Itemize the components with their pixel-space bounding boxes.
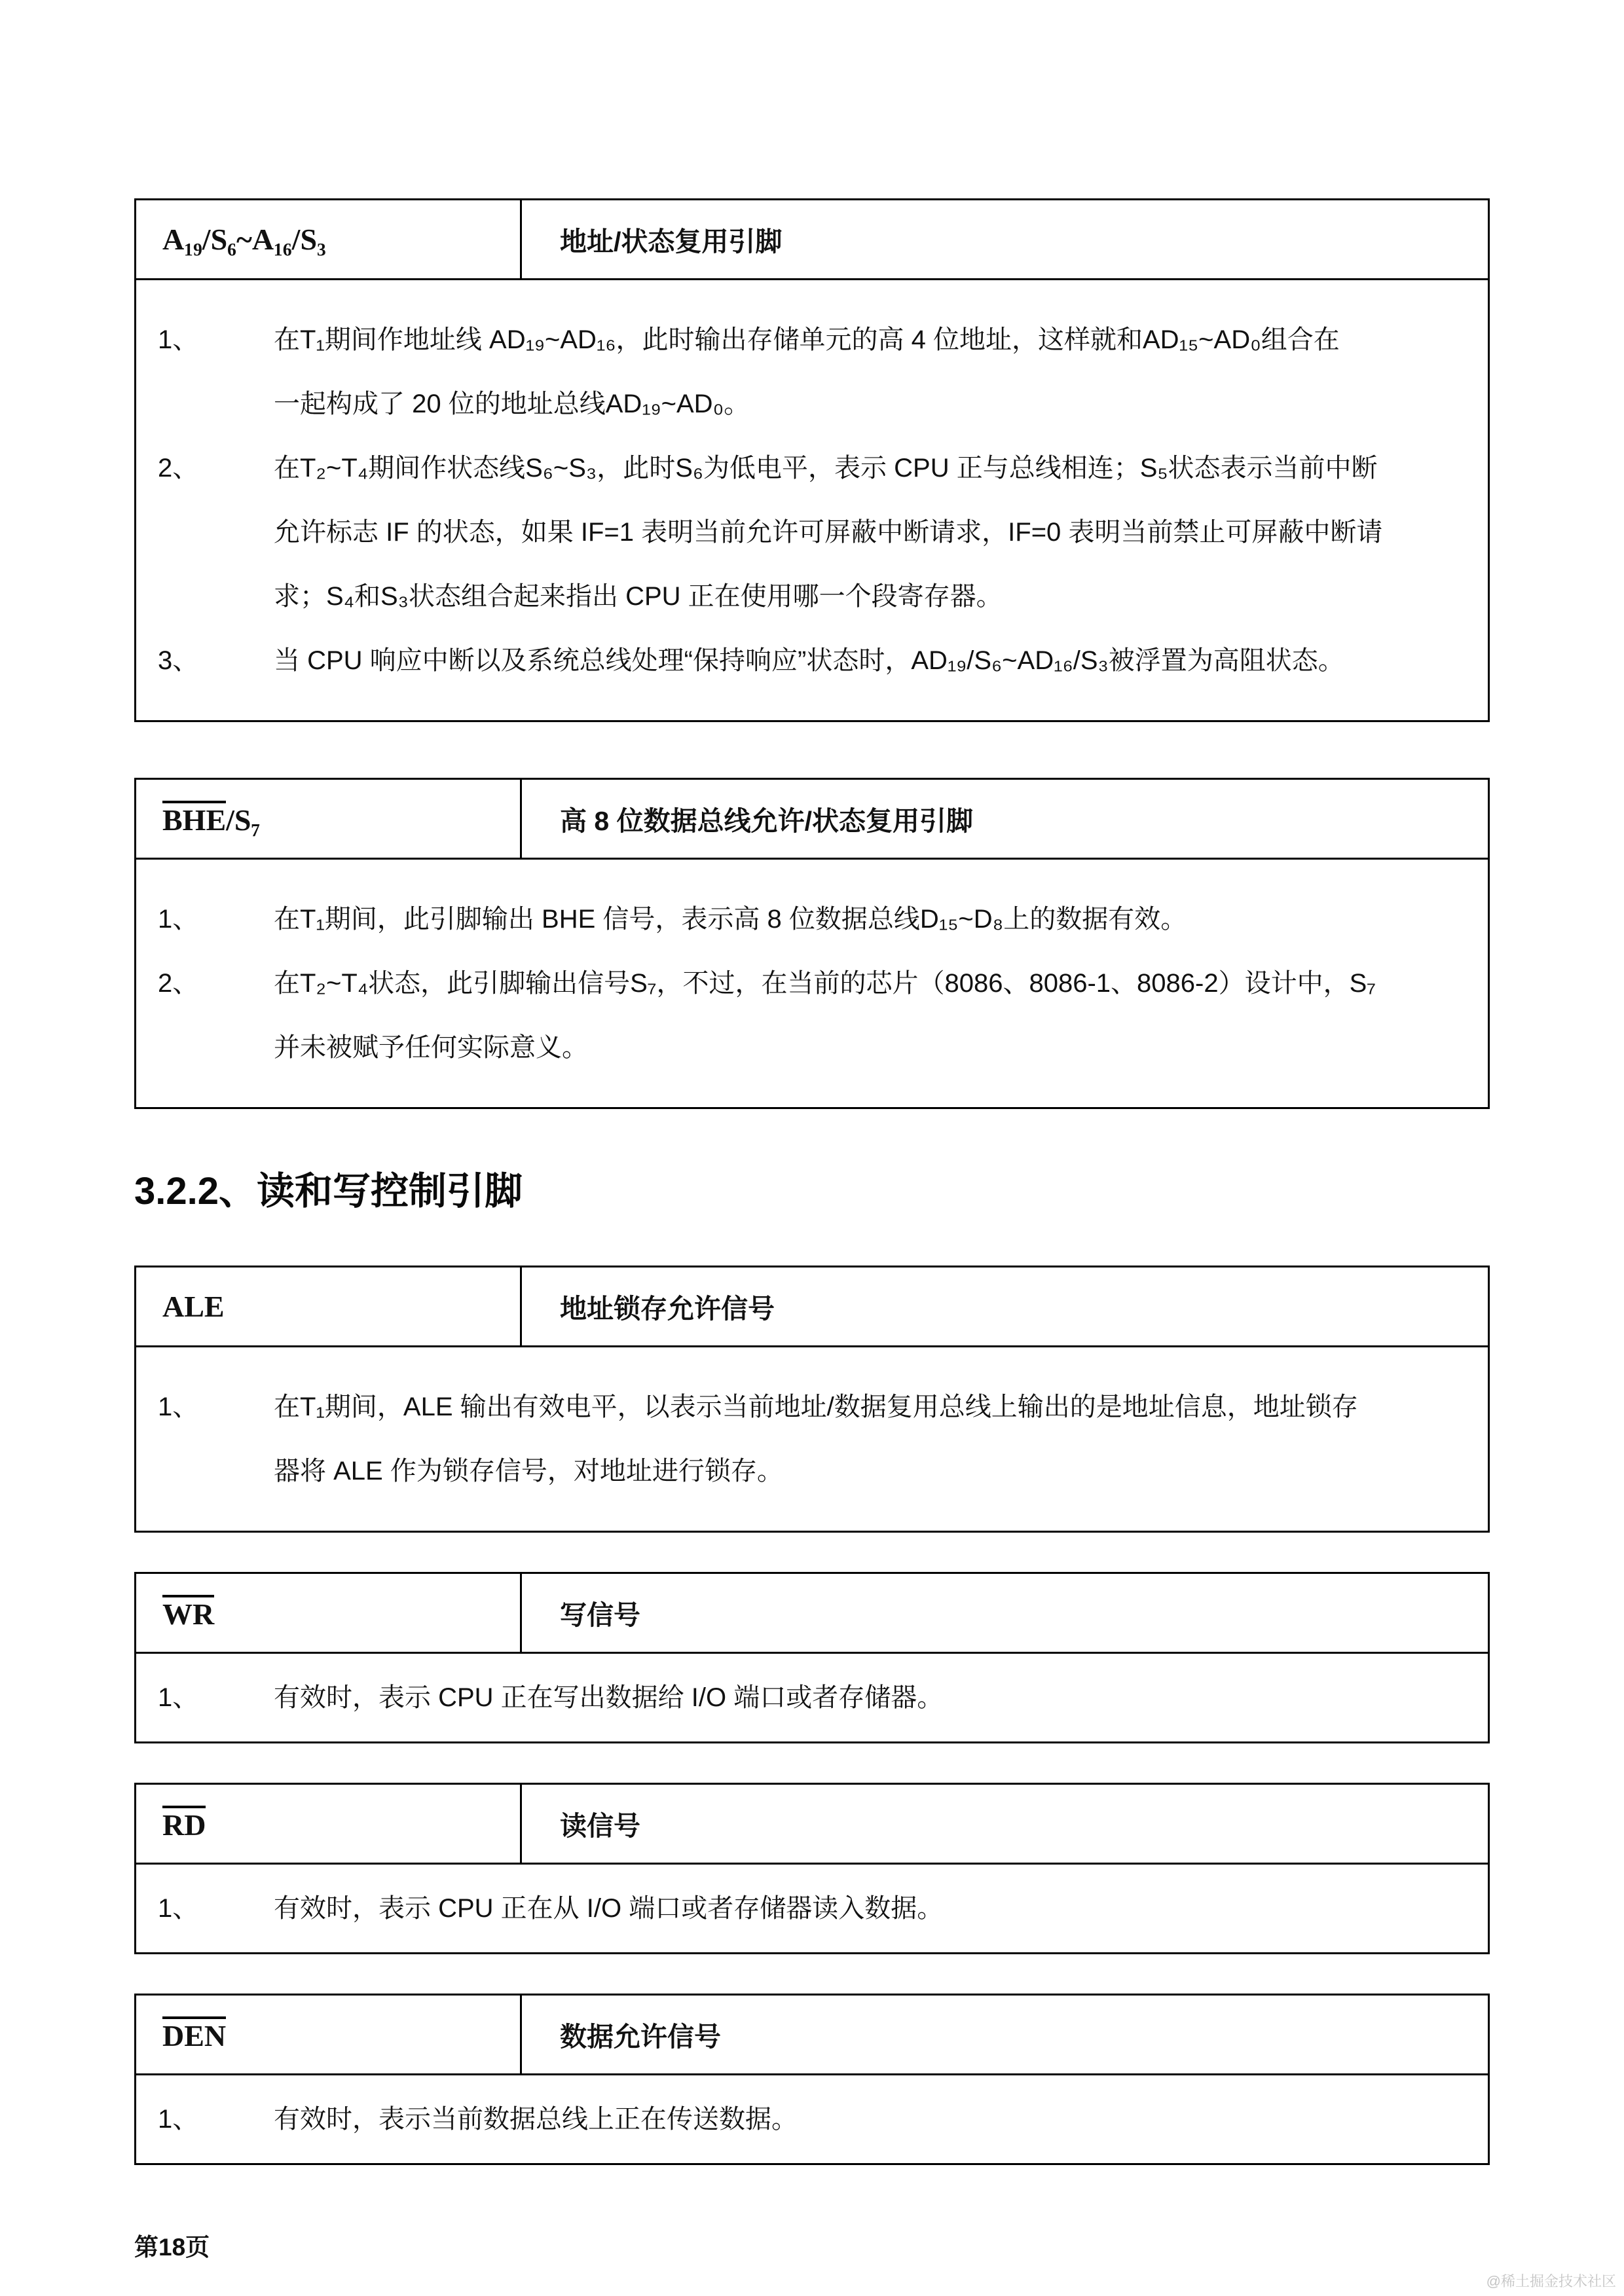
section-heading: 3.2.2、读和写控制引脚 [134, 1165, 1490, 1218]
page-content: A₁₉/S₆~A₁₆/S₃ 地址/状态复用引脚 1、在T₁期间作地址线 AD₁₉… [134, 0, 1490, 2263]
item-number: 1、 [158, 1666, 274, 1730]
pin-table-body-cell: 1、有效时，表示 CPU 正在写出数据给 I/O 端口或者存储器。 [136, 1653, 1489, 1743]
pin-tables-section-bottom: ALE 地址锁存允许信号 1、在T₁期间，ALE 输出有效电平，以表示当前地址/… [134, 1266, 1490, 2165]
pin-description-item: 2、在T₂~T₄期间作状态线S₆~S₃，此时S₆为低电平，表示 CPU 正与总线… [158, 436, 1462, 629]
pin-table: ALE 地址锁存允许信号 1、在T₁期间，ALE 输出有效电平，以表示当前地址/… [134, 1266, 1490, 1533]
pin-name-cell: DEN [136, 1995, 521, 2075]
pin-title: 地址锁存允许信号 [521, 1267, 1489, 1347]
pin-description-item: 2、在T₂~T₄状态，此引脚输出信号S₇，不过，在当前的芯片（8086、8086… [158, 951, 1462, 1080]
pin-name: A₁₉/S₆~A₁₆/S₃ [162, 223, 326, 256]
item-number: 2、 [158, 436, 274, 500]
pin-name-cell: WR [136, 1573, 521, 1653]
pin-description-item: 1、有效时，表示当前数据总线上正在传送数据。 [158, 2087, 1462, 2151]
item-text: 在T₁期间，此引脚输出 BHE 信号，表示高 8 位数据总线D₁₅~D₈上的数据… [274, 887, 1462, 951]
pin-table-body-row: 1、在T₁期间作地址线 AD₁₉~AD₁₆，此时输出存储单元的高 4 位地址，这… [136, 280, 1489, 721]
pin-name-cell: A₁₉/S₆~A₁₆/S₃ [136, 200, 521, 280]
item-number: 1、 [158, 1876, 274, 1941]
pin-title: 高 8 位数据总线允许/状态复用引脚 [521, 779, 1489, 859]
pin-table: DEN 数据允许信号 1、有效时，表示当前数据总线上正在传送数据。 [134, 1994, 1490, 2165]
pin-title: 读信号 [521, 1784, 1489, 1864]
item-text: 在T₁期间作地址线 AD₁₉~AD₁₆，此时输出存储单元的高 4 位地址，这样就… [274, 308, 1462, 436]
pin-tables-section-top: A₁₉/S₆~A₁₆/S₃ 地址/状态复用引脚 1、在T₁期间作地址线 AD₁₉… [134, 198, 1490, 1109]
pin-name-overlined: RD [162, 1806, 206, 1840]
pin-title: 地址/状态复用引脚 [521, 200, 1489, 280]
item-text: 在T₂~T₄期间作状态线S₆~S₃，此时S₆为低电平，表示 CPU 正与总线相连… [274, 436, 1462, 629]
pin-description-item: 1、有效时，表示 CPU 正在从 I/O 端口或者存储器读入数据。 [158, 1876, 1462, 1941]
item-text: 有效时，表示 CPU 正在从 I/O 端口或者存储器读入数据。 [274, 1876, 1462, 1941]
item-number: 3、 [158, 629, 274, 693]
pin-table-header-row: DEN 数据允许信号 [136, 1995, 1489, 2075]
item-text: 有效时，表示 CPU 正在写出数据给 I/O 端口或者存储器。 [274, 1666, 1462, 1730]
pin-table-header-row: ALE 地址锁存允许信号 [136, 1267, 1489, 1347]
pin-table-header-row: BHE/S₇ 高 8 位数据总线允许/状态复用引脚 [136, 779, 1489, 859]
pin-description-item: 3、当 CPU 响应中断以及系统总线处理“保持响应”状态时，AD₁₉/S₆~AD… [158, 629, 1462, 693]
item-number: 1、 [158, 2087, 274, 2151]
pin-table-body-cell: 1、有效时，表示当前数据总线上正在传送数据。 [136, 2075, 1489, 2164]
pin-name: ALE [162, 1290, 225, 1323]
pin-table-header-row: WR 写信号 [136, 1573, 1489, 1653]
pin-table-body-cell: 1、在T₁期间，ALE 输出有效电平，以表示当前地址/数据复用总线上输出的是地址… [136, 1347, 1489, 1532]
item-number: 1、 [158, 308, 274, 372]
pin-table: BHE/S₇ 高 8 位数据总线允许/状态复用引脚 1、在T₁期间，此引脚输出 … [134, 778, 1490, 1109]
pin-table-body-row: 1、有效时，表示当前数据总线上正在传送数据。 [136, 2075, 1489, 2164]
pin-table-body-row: 1、有效时，表示 CPU 正在写出数据给 I/O 端口或者存储器。 [136, 1653, 1489, 1743]
pin-table-body-row: 1、在T₁期间，此引脚输出 BHE 信号，表示高 8 位数据总线D₁₅~D₈上的… [136, 859, 1489, 1108]
pin-table-body-cell: 1、有效时，表示 CPU 正在从 I/O 端口或者存储器读入数据。 [136, 1864, 1489, 1954]
pin-name-cell: RD [136, 1784, 521, 1864]
pin-title: 写信号 [521, 1573, 1489, 1653]
item-text: 当 CPU 响应中断以及系统总线处理“保持响应”状态时，AD₁₉/S₆~AD₁₆… [274, 629, 1462, 693]
item-number: 1、 [158, 1375, 274, 1439]
pin-title: 数据允许信号 [521, 1995, 1489, 2075]
pin-name: /S₇ [226, 803, 260, 837]
watermark: @稀土掘金技术社区 [1486, 2270, 1616, 2291]
pin-name-overlined: WR [162, 1595, 214, 1630]
pin-table-body-cell: 1、在T₁期间，此引脚输出 BHE 信号，表示高 8 位数据总线D₁₅~D₈上的… [136, 859, 1489, 1108]
pin-name-overlined: DEN [162, 2016, 226, 2051]
item-number: 2、 [158, 951, 274, 1015]
item-text: 在T₂~T₄状态，此引脚输出信号S₇，不过，在当前的芯片（8086、8086-1… [274, 951, 1462, 1080]
pin-table-header-row: A₁₉/S₆~A₁₆/S₃ 地址/状态复用引脚 [136, 200, 1489, 280]
pin-table: RD 读信号 1、有效时，表示 CPU 正在从 I/O 端口或者存储器读入数据。 [134, 1783, 1490, 1954]
pin-name-cell: BHE/S₇ [136, 779, 521, 859]
pin-description-item: 1、在T₁期间作地址线 AD₁₉~AD₁₆，此时输出存储单元的高 4 位地址，这… [158, 308, 1462, 436]
pin-table-body-row: 1、在T₁期间，ALE 输出有效电平，以表示当前地址/数据复用总线上输出的是地址… [136, 1347, 1489, 1532]
pin-description-item: 1、在T₁期间，此引脚输出 BHE 信号，表示高 8 位数据总线D₁₅~D₈上的… [158, 887, 1462, 951]
pin-name-overlined: BHE [162, 801, 226, 835]
pin-description-item: 1、在T₁期间，ALE 输出有效电平，以表示当前地址/数据复用总线上输出的是地址… [158, 1375, 1462, 1503]
page-number: 第18页 [134, 2227, 1490, 2263]
pin-table: WR 写信号 1、有效时，表示 CPU 正在写出数据给 I/O 端口或者存储器。 [134, 1572, 1490, 1743]
pin-table-header-row: RD 读信号 [136, 1784, 1489, 1864]
pin-description-item: 1、有效时，表示 CPU 正在写出数据给 I/O 端口或者存储器。 [158, 1666, 1462, 1730]
document-page: { "heading": "3.2.2、读和写控制引脚", "footer": … [0, 0, 1624, 2296]
item-number: 1、 [158, 887, 274, 951]
pin-table-body-row: 1、有效时，表示 CPU 正在从 I/O 端口或者存储器读入数据。 [136, 1864, 1489, 1954]
pin-table: A₁₉/S₆~A₁₆/S₃ 地址/状态复用引脚 1、在T₁期间作地址线 AD₁₉… [134, 198, 1490, 722]
pin-name-cell: ALE [136, 1267, 521, 1347]
item-text: 有效时，表示当前数据总线上正在传送数据。 [274, 2087, 1462, 2151]
pin-table-body-cell: 1、在T₁期间作地址线 AD₁₉~AD₁₆，此时输出存储单元的高 4 位地址，这… [136, 280, 1489, 721]
item-text: 在T₁期间，ALE 输出有效电平，以表示当前地址/数据复用总线上输出的是地址信息… [274, 1375, 1462, 1503]
